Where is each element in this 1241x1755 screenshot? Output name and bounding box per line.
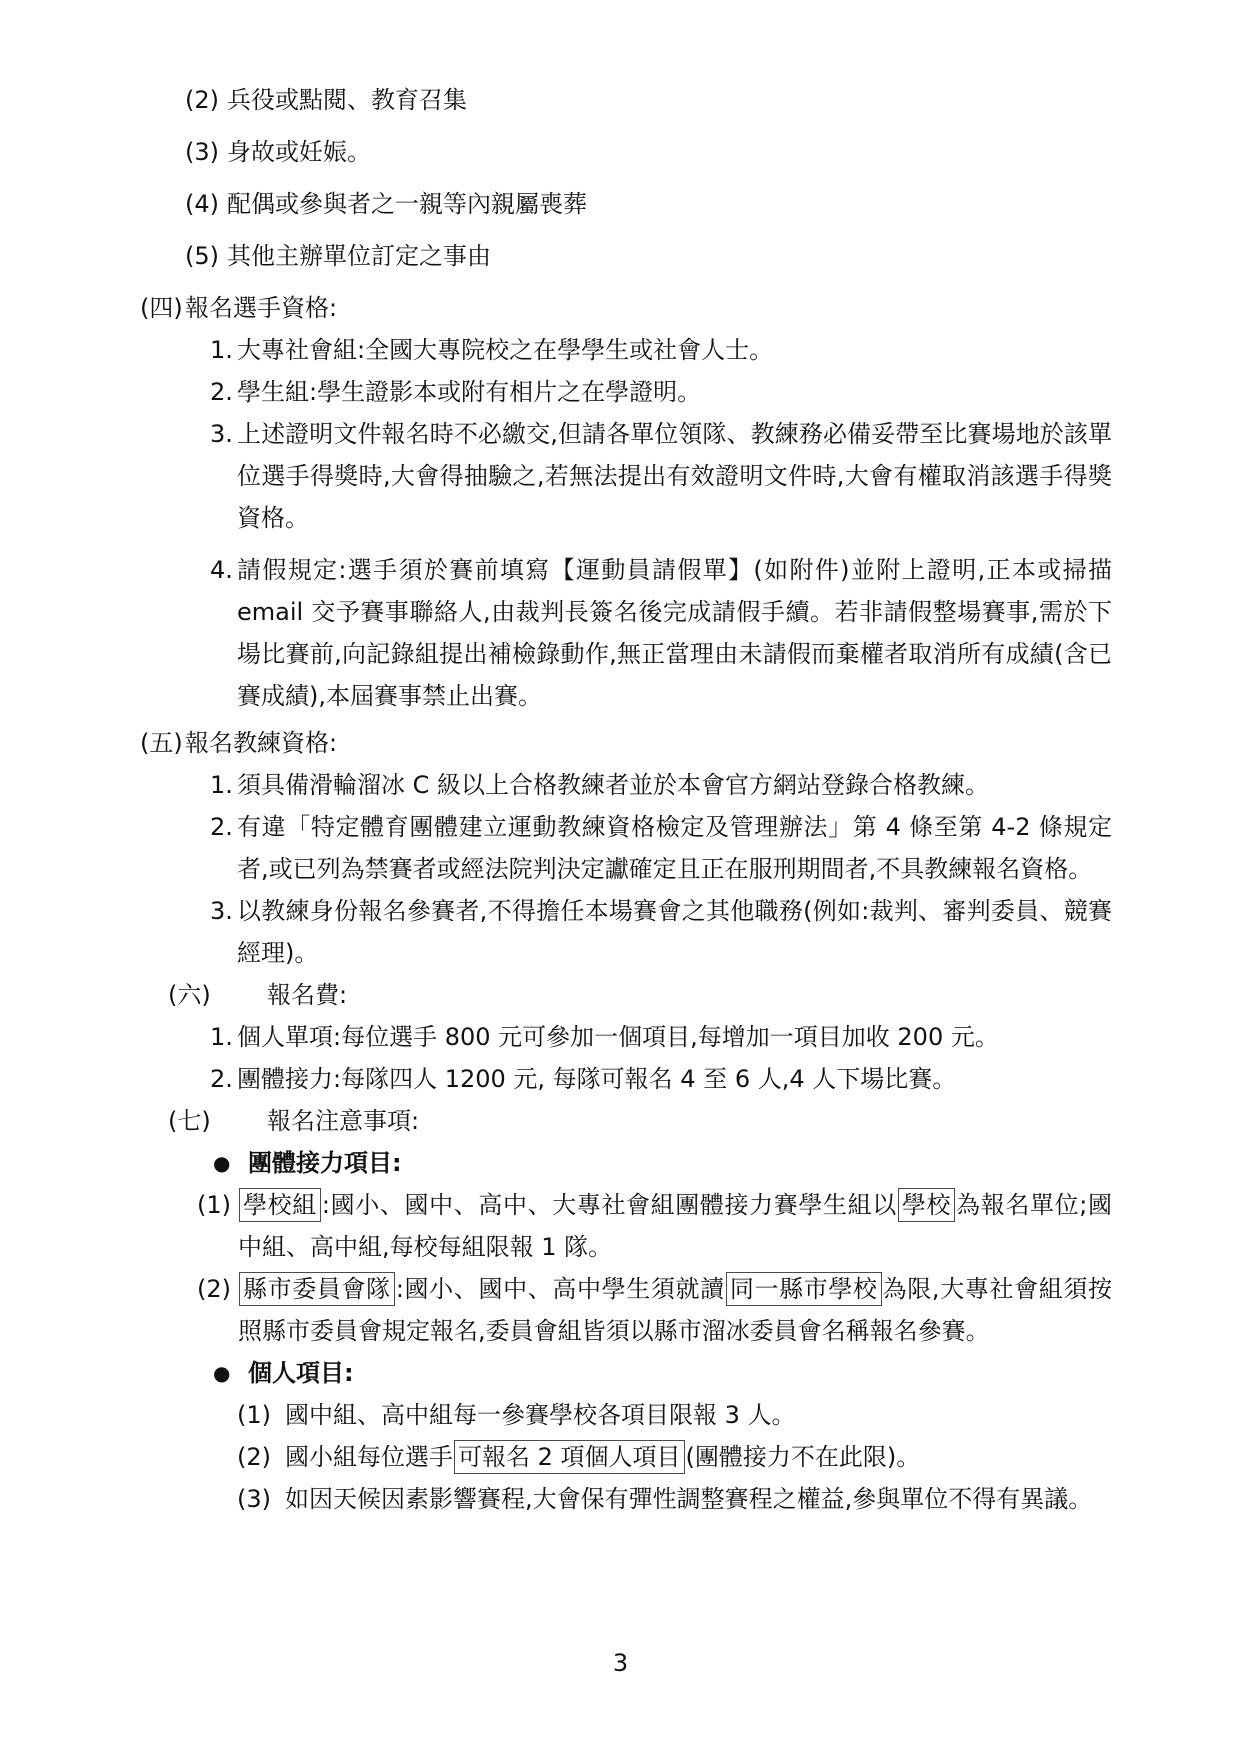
list-text: 須具備滑輪溜冰 C 級以上合格教練者並於本會官方網站登錄合格教練。 bbox=[237, 771, 989, 799]
list-marker: 2. bbox=[210, 1058, 233, 1100]
list-marker: (3) bbox=[185, 131, 219, 173]
list-text: 身故或妊娠。 bbox=[227, 138, 371, 166]
list-item: 1.須具備滑輪溜冰 C 級以上合格教練者並於本會官方網站登錄合格教練。 bbox=[0, 764, 1112, 806]
list-text: 國小組每位選手 bbox=[285, 1443, 453, 1471]
list-item: (2)縣市委員會隊:國小、國中、高中學生須就讀同一縣市學校為限,大專社會組須按照… bbox=[0, 1268, 1112, 1352]
list-marker: (1) bbox=[237, 1394, 271, 1436]
list-item: 2.團體接力:每隊四人 1200 元, 每隊可報名 4 至 6 人,4 人下場比… bbox=[0, 1058, 1112, 1100]
list-marker: 4. bbox=[210, 549, 233, 591]
list-item: 2.有違「特定體育團體建立運動教練資格檢定及管理辦法」第 4 條至第 4-2 條… bbox=[0, 806, 1112, 890]
list-marker: 3. bbox=[210, 890, 233, 932]
bullet-header: ●個人項目: bbox=[0, 1352, 1112, 1394]
boxed-term: 學校 bbox=[898, 1188, 955, 1222]
section-marker: (五) bbox=[140, 722, 183, 764]
list-text: (團體接力不在此限)。 bbox=[686, 1443, 921, 1471]
bullet-title: 團體接力項目: bbox=[248, 1149, 402, 1177]
list-marker: 2. bbox=[210, 371, 233, 413]
list-marker: (2) bbox=[197, 1268, 231, 1310]
list-text: 學生組:學生證影本或附有相片之在學證明。 bbox=[237, 378, 701, 406]
list-text: 上述證明文件報名時不必繳交,但請各單位領隊、教練務必備妥帶至比賽場地於該單位選手… bbox=[237, 420, 1112, 532]
list-item: 2.學生組:學生證影本或附有相片之在學證明。 bbox=[0, 371, 1112, 413]
section-title: 報名教練資格: bbox=[185, 729, 337, 757]
boxed-term: 可報名 2 項個人項目 bbox=[454, 1440, 685, 1474]
page-number: 3 bbox=[0, 1642, 1241, 1684]
list-item: (3)如因天候因素影響賽程,大會保有彈性調整賽程之權益,參與單位不得有異議。 bbox=[0, 1478, 1112, 1520]
bullet-icon: ● bbox=[213, 1352, 230, 1394]
section-header: (六)報名費: bbox=[0, 974, 1112, 1016]
bullet-title: 個人項目: bbox=[248, 1359, 354, 1387]
list-text: 個人單項:每位選手 800 元可參加一個項目,每增加一項目加收 200 元。 bbox=[237, 1023, 999, 1051]
list-item: 3.上述證明文件報名時不必繳交,但請各單位領隊、教練務必備妥帶至比賽場地於該單位… bbox=[0, 413, 1112, 539]
list-text: 團體接力:每隊四人 1200 元, 每隊可報名 4 至 6 人,4 人下場比賽。 bbox=[237, 1065, 956, 1093]
list-text: 以教練身份報名參賽者,不得擔任本場賽會之其他職務(例如:裁判、審判委員、競賽經理… bbox=[237, 897, 1112, 967]
boxed-term: 同一縣市學校 bbox=[726, 1272, 882, 1306]
section-title: 報名費: bbox=[267, 981, 347, 1009]
section-title: 報名注意事項: bbox=[267, 1107, 419, 1135]
list-item: (2)國小組每位選手可報名 2 項個人項目(團體接力不在此限)。 bbox=[0, 1436, 1112, 1478]
list-item: 3.以教練身份報名參賽者,不得擔任本場賽會之其他職務(例如:裁判、審判委員、競賽… bbox=[0, 890, 1112, 974]
boxed-term: 學校組 bbox=[239, 1188, 321, 1222]
list-marker: (4) bbox=[185, 183, 219, 225]
section-header: (四)報名選手資格: bbox=[0, 287, 1112, 329]
list-item: 1.大專社會組:全國大專院校之在學學生或社會人士。 bbox=[0, 329, 1112, 371]
document-page: (2)兵役或點閱、教育召集 (3)身故或妊娠。 (4)配偶或參與者之一親等內親屬… bbox=[0, 0, 1241, 1755]
list-item: (4)配偶或參與者之一親等內親屬喪葬 bbox=[0, 183, 1112, 225]
bullet-icon: ● bbox=[213, 1142, 230, 1184]
list-text: 配偶或參與者之一親等內親屬喪葬 bbox=[227, 190, 587, 218]
list-text: :國小、國中、高中、大專社會組團體接力賽學生組以 bbox=[322, 1191, 897, 1219]
list-item: (1)學校組:國小、國中、高中、大專社會組團體接力賽學生組以學校為報名單位;國中… bbox=[0, 1184, 1112, 1268]
list-text: 國中組、高中組每一參賽學校各項目限報 3 人。 bbox=[285, 1401, 796, 1429]
list-item: 1.個人單項:每位選手 800 元可參加一個項目,每增加一項目加收 200 元。 bbox=[0, 1016, 1112, 1058]
section-marker: (六) bbox=[168, 974, 211, 1016]
list-marker: 1. bbox=[210, 764, 233, 806]
list-item: (2)兵役或點閱、教育召集 bbox=[0, 79, 1112, 121]
list-text: 有違「特定體育團體建立運動教練資格檢定及管理辦法」第 4 條至第 4-2 條規定… bbox=[237, 813, 1112, 883]
list-text: 請假規定:選手須於賽前填寫【運動員請假單】(如附件)並附上證明,正本或掃描 em… bbox=[237, 556, 1112, 710]
section-title: 報名選手資格: bbox=[185, 294, 337, 322]
section-header: (五)報名教練資格: bbox=[0, 722, 1112, 764]
bullet-header: ●團體接力項目: bbox=[0, 1142, 1112, 1184]
section-header: (七)報名注意事項: bbox=[0, 1100, 1112, 1142]
list-marker: (5) bbox=[185, 235, 219, 277]
list-marker: (3) bbox=[237, 1478, 271, 1520]
list-item: (5)其他主辦單位訂定之事由 bbox=[0, 235, 1112, 277]
list-item: (3)身故或妊娠。 bbox=[0, 131, 1112, 173]
list-marker: 1. bbox=[210, 1016, 233, 1058]
list-text: 如因天候因素影響賽程,大會保有彈性調整賽程之權益,參與單位不得有異議。 bbox=[285, 1485, 1092, 1513]
list-text: :國小、國中、高中學生須就讀 bbox=[396, 1275, 725, 1303]
list-text: 其他主辦單位訂定之事由 bbox=[227, 242, 491, 270]
list-marker: 2. bbox=[210, 806, 233, 848]
list-text: 兵役或點閱、教育召集 bbox=[227, 86, 467, 114]
list-marker: (2) bbox=[237, 1436, 271, 1478]
list-marker: 1. bbox=[210, 329, 233, 371]
list-marker: (1) bbox=[197, 1184, 231, 1226]
section-marker: (四) bbox=[140, 287, 183, 329]
list-item: 4.請假規定:選手須於賽前填寫【運動員請假單】(如附件)並附上證明,正本或掃描 … bbox=[0, 549, 1112, 717]
list-item: (1)國中組、高中組每一參賽學校各項目限報 3 人。 bbox=[0, 1394, 1112, 1436]
list-text: 大專社會組:全國大專院校之在學學生或社會人士。 bbox=[237, 336, 773, 364]
boxed-term: 縣市委員會隊 bbox=[239, 1272, 395, 1306]
section-marker: (七) bbox=[168, 1100, 211, 1142]
list-marker: 3. bbox=[210, 413, 233, 455]
list-marker: (2) bbox=[185, 79, 219, 121]
